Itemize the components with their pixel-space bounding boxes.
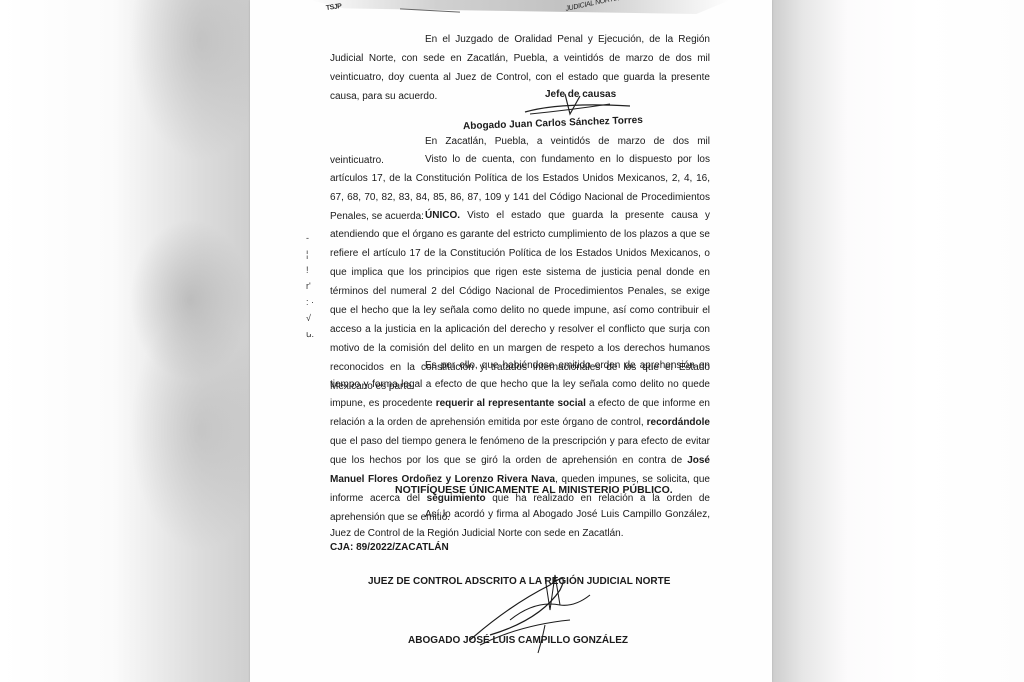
blurred-background-left	[0, 0, 250, 682]
judge-name: ABOGADO JOSÉ LUIS CAMPILLO GONZÁLEZ	[408, 635, 628, 646]
request-paragraph: Es por ello, que habiéndose emitido orde…	[330, 356, 710, 527]
unico-label: ÚNICO.	[425, 210, 460, 221]
signature-paragraph: Así lo acordó y firma al Abogado José Lu…	[330, 505, 710, 543]
blurred-background-right	[772, 0, 1024, 682]
header-stamp-strip	[310, 0, 730, 14]
request-emphasis: requerir al representante social	[436, 398, 586, 409]
margin-marks: -¦!r': ·√ꭎ.	[306, 230, 334, 365]
court-logo-icon: TSJP	[326, 3, 342, 12]
reporter-name: Abogado Juan Carlos Sánchez Torres	[463, 115, 643, 132]
document-page: TSJP JUDICIAL NORTE, SEDE ZACATLÁN En el…	[250, 0, 772, 682]
reminder-emphasis: recordándole	[647, 417, 710, 428]
case-number: CJA: 89/2022/ZACATLÁN	[330, 542, 449, 553]
notify-line: NOTIFÍQUESE ÚNICAMENTE AL MINISTERIO PÚB…	[395, 484, 673, 496]
